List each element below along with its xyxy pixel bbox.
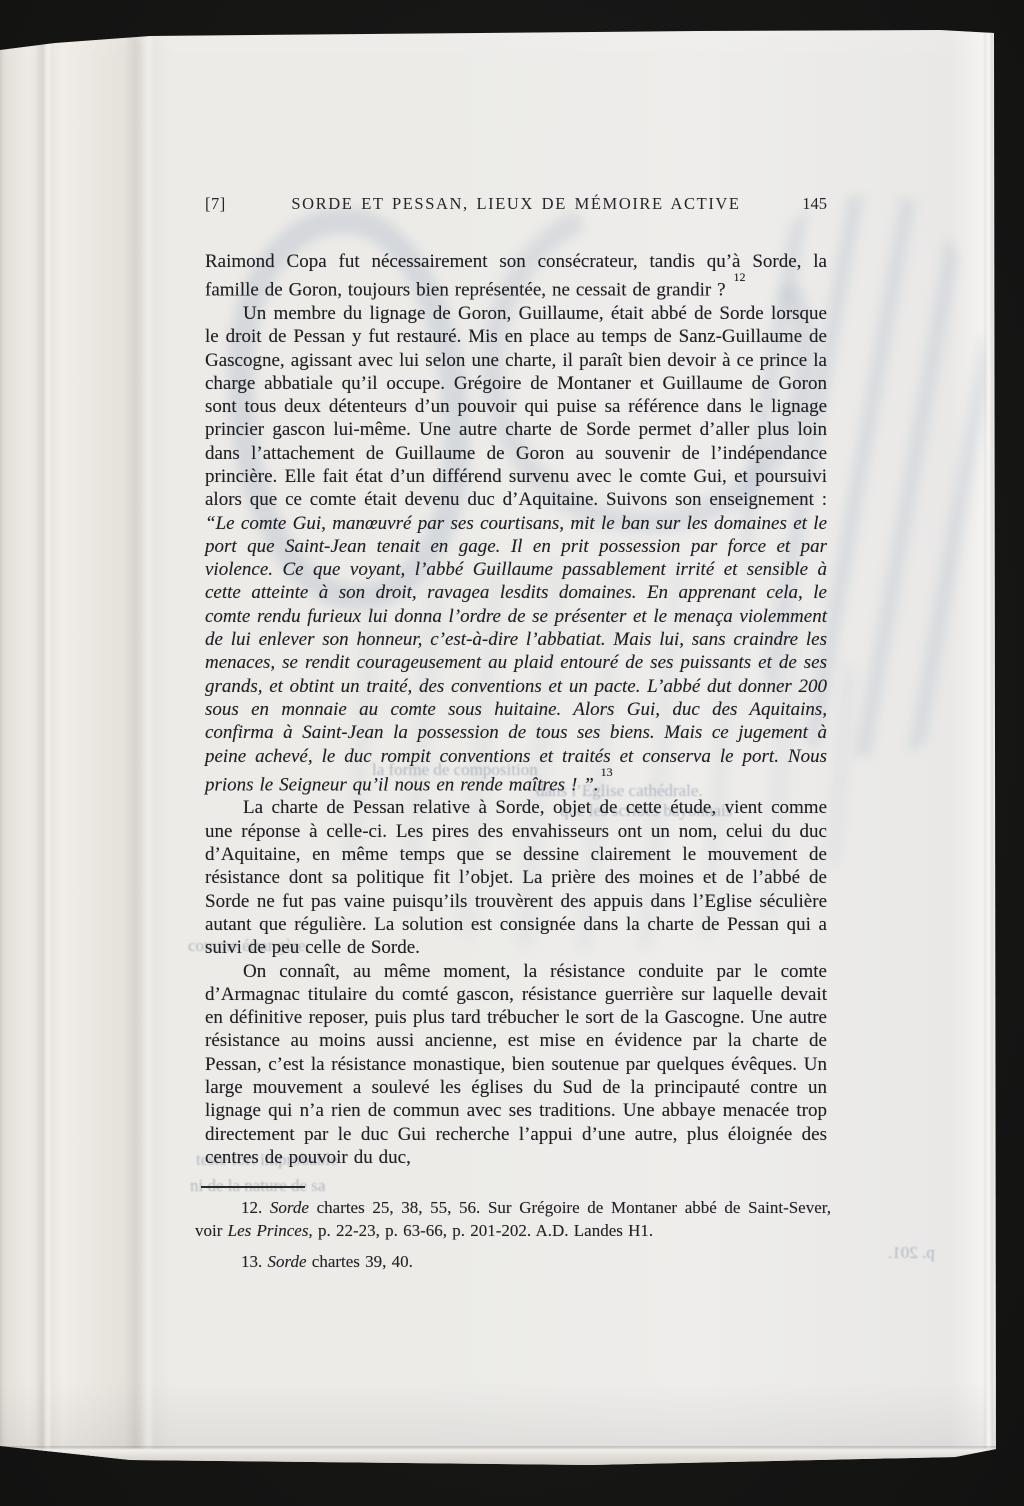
footnote-12-work: Les Princes, [228, 1221, 313, 1240]
paragraph-2: Un membre du lignage de Goron, Guillaume… [205, 302, 827, 797]
book-page: la forme de composition dans l’Eglise ca… [0, 0, 1024, 1506]
page-stack-edge-right [984, 33, 993, 1460]
footnote-13-number: 13. [241, 1252, 268, 1271]
footnote-13: 13. Sorde chartes 39, 40. [195, 1251, 831, 1274]
page-number: 145 [775, 194, 827, 214]
footnote-12-number: 12. [241, 1198, 270, 1217]
footnote-12-source: Sorde [270, 1198, 309, 1217]
footnote-13-rest: chartes 39, 40. [307, 1252, 413, 1271]
paragraph-3: La charte de Pessan relative à Sorde, ob… [205, 796, 827, 959]
gutter-crease [36, 36, 52, 1458]
running-header: [7] SORDE ET PESSAN, LIEUX DE MÉMOIRE AC… [205, 194, 827, 214]
footnote-separator [201, 1186, 305, 1188]
paragraph-1: Raimond Copa fut nécessairement son cons… [205, 250, 827, 302]
paragraph-2-text: Un membre du lignage de Goron, Guillaume… [205, 303, 827, 510]
footnote-12-rest: p. 22-23, p. 63-66, p. 201-202. A.D. Lan… [313, 1221, 653, 1240]
body-text: Raimond Copa fut nécessairement son cons… [205, 250, 827, 1169]
running-title: SORDE ET PESSAN, LIEUX DE MÉMOIRE ACTIVE [257, 194, 775, 214]
footnote-12: 12. Sorde chartes 25, 38, 55, 56. Sur Gr… [195, 1197, 831, 1242]
bleed-through-text: p. 201. [888, 1243, 935, 1263]
scanner-background: la forme de composition dans l’Eglise ca… [0, 0, 1024, 1506]
latin-charter-quote: “Le comte Gui, manœuvré par ses courtisa… [205, 513, 827, 796]
page-stack-edge-bottom [0, 1446, 998, 1466]
footnote-ref-13: 13 [601, 765, 613, 779]
footnote-ref-12: 12 [734, 270, 746, 284]
article-ref-number: [7] [205, 194, 257, 214]
gutter-crease [124, 36, 154, 1458]
paragraph-4: On connaît, au même moment, la résistanc… [205, 960, 827, 1170]
footnote-block: 12. Sorde chartes 25, 38, 55, 56. Sur Gr… [195, 1186, 831, 1274]
footnote-13-source: Sorde [268, 1252, 307, 1271]
